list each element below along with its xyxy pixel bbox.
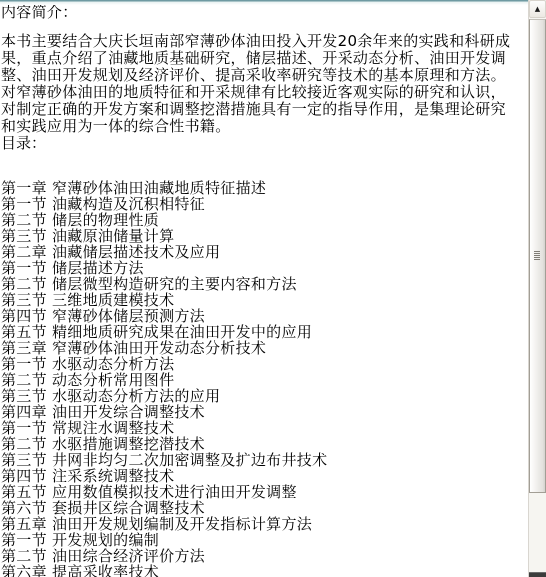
intro-line: 和实践应用为一体的综合性书籍。 xyxy=(1,118,528,135)
scrollbar-thumb[interactable] xyxy=(529,19,546,493)
toc-item: 第二节 油田综合经济评价方法 xyxy=(1,548,528,564)
toc-item: 第一节 油藏构造及沉积相特征 xyxy=(1,196,528,212)
scroll-down-button[interactable] xyxy=(529,572,546,577)
intro-line: 对窄薄砂体油田的地质特征和开采规律有比较接近客观实际的研究和认识， xyxy=(1,84,528,101)
toc-item: 第三节 水驱动态分析方法的应用 xyxy=(1,388,528,404)
window-top-border xyxy=(0,0,528,5)
toc-item: 第三章 窄薄砂体油田开发动态分析技术 xyxy=(1,340,528,356)
toc-item: 第二节 储层的物理性质 xyxy=(1,212,528,228)
intro-line: 对制定正确的开发方案和调整挖潜措施具有一定的指导作用，是集理论研究 xyxy=(1,101,528,118)
toc-list: 第一章 窄薄砂体油田油藏地质特征描述 第一节 油藏构造及沉积相特征 第二节 储层… xyxy=(1,180,528,577)
toc-item: 第一章 窄薄砂体油田油藏地质特征描述 xyxy=(1,180,528,196)
toc-item: 第二节 水驱措施调整挖潜技术 xyxy=(1,436,528,452)
scrollbar-track[interactable] xyxy=(529,493,546,572)
toc-item: 第三节 油藏原油储量计算 xyxy=(1,228,528,244)
toc-item: 第三节 井网非均匀二次加密调整及扩边布井技术 xyxy=(1,452,528,468)
toc-item: 第一节 开发规划的编制 xyxy=(1,532,528,548)
toc-item: 第一节 储层描述方法 xyxy=(1,260,528,276)
toc-item: 第五节 精细地质研究成果在油田开发中的应用 xyxy=(1,324,528,340)
toc-heading: 目录： xyxy=(1,135,528,152)
toc-item: 第六节 套损井区综合调整技术 xyxy=(1,500,528,516)
toc-item: 第一节 常规注水调整技术 xyxy=(1,420,528,436)
intro-paragraph: 本书主要结合大庆长垣南部窄薄砂体油田投入开发20余年来的实践和科研成 果，重点介… xyxy=(1,33,528,135)
toc-item: 第五章 油田开发规划编制及开发指标计算方法 xyxy=(1,516,528,532)
up-arrow-icon: ▲ xyxy=(535,6,540,13)
vertical-scrollbar[interactable]: ▲ xyxy=(528,0,546,577)
intro-line: 果，重点介绍了油藏地质基础研究，储层描述、开采动态分析、油田开发调 xyxy=(1,50,528,67)
toc-item: 第四章 油田开发综合调整技术 xyxy=(1,404,528,420)
scroll-up-button[interactable]: ▲ xyxy=(529,0,546,18)
toc-item: 第五节 应用数值模拟技术进行油田开发调整 xyxy=(1,484,528,500)
content-pane: 内容简介： 本书主要结合大庆长垣南部窄薄砂体油田投入开发20余年来的实践和科研成… xyxy=(1,0,528,577)
thumb-grip-icon xyxy=(534,251,540,260)
intro-line: 整、油田开发规划及经济评价、提高采收率研究等技术的基本原理和方法。 xyxy=(1,67,528,84)
toc-item: 第四节 注采系统调整技术 xyxy=(1,468,528,484)
toc-item: 第四节 窄薄砂体储层预测方法 xyxy=(1,308,528,324)
toc-item: 第六章 提高采收率技术 xyxy=(1,564,528,577)
toc-item: 第二节 储层微型构造研究的主要内容和方法 xyxy=(1,276,528,292)
toc-item: 第一节 水驱动态分析方法 xyxy=(1,356,528,372)
toc-item: 第二章 油藏储层描述技术及应用 xyxy=(1,244,528,260)
intro-heading: 内容简介： xyxy=(1,4,528,21)
toc-item: 第二节 动态分析常用图件 xyxy=(1,372,528,388)
intro-line: 本书主要结合大庆长垣南部窄薄砂体油田投入开发20余年来的实践和科研成 xyxy=(1,33,528,50)
toc-item: 第三节 三维地质建模技术 xyxy=(1,292,528,308)
